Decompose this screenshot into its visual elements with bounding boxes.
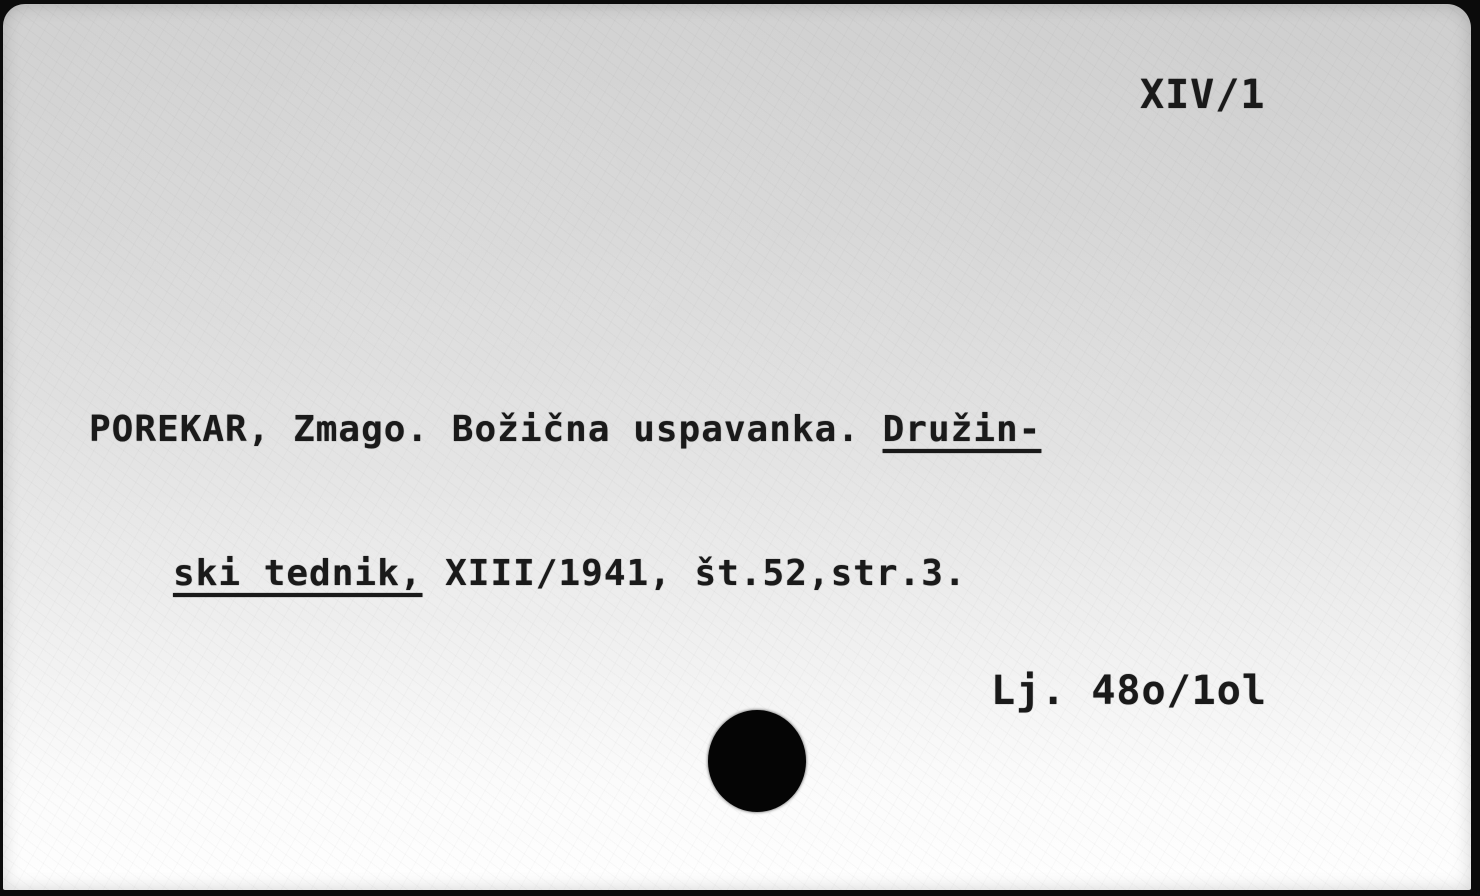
- source-title-part1: Družin-: [883, 409, 1042, 450]
- publication-details: XIII/1941, št.52,str.3.: [445, 553, 967, 594]
- punch-hole-icon: [708, 710, 806, 812]
- location-code: Lj. 48o/1ol: [991, 668, 1267, 714]
- catalog-card: XIV/1 POREKAR, Zmago. Božična uspavanka.…: [3, 4, 1471, 890]
- author: POREKAR, Zmago.: [89, 409, 429, 450]
- entry-line-1: POREKAR, Zmago. Božična uspavanka. Druži…: [89, 406, 1041, 454]
- source-title-part2: ski tednik,: [173, 553, 422, 594]
- bibliographic-entry: POREKAR, Zmago. Božična uspavanka. Druži…: [89, 310, 1041, 694]
- work-title: Božična uspavanka.: [452, 409, 860, 450]
- entry-line-2: ski tednik, XIII/1941, št.52,str.3.: [89, 550, 1041, 598]
- call-number: XIV/1: [1140, 72, 1265, 118]
